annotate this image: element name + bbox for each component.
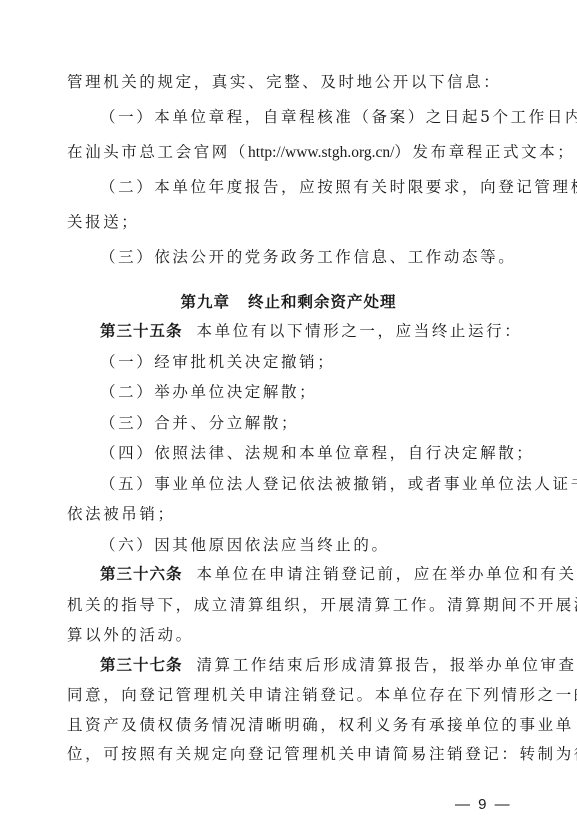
- list-item: （一）经审批机关决定撤销；: [100, 352, 519, 372]
- website-url: http://www.stgh.org.cn/: [248, 144, 394, 161]
- list-item-1: （一）本单位章程，自章程核准（备案）之日起5个工作日内: [100, 107, 519, 127]
- text-line: 算以外的活动。: [67, 625, 519, 645]
- list-item-3: （三）依法公开的党务政务工作信息、工作动态等。: [100, 247, 519, 267]
- article-text: 清算工作结束后形成清算报告，报举办单位审查: [197, 656, 577, 674]
- chapter-number: 第九章: [180, 293, 230, 311]
- text-segment: ）发布章程正式文本；: [394, 143, 575, 161]
- chapter-title: 终止和剩余资产处理: [248, 293, 397, 311]
- text-segment: 在汕头市总工会官网（: [67, 143, 248, 161]
- article-36: 第三十六条本单位在申请注销登记前，应在举办单位和有关: [100, 564, 519, 584]
- article-label: 第三十七条: [100, 656, 183, 674]
- article-label: 第三十五条: [100, 322, 183, 340]
- list-item: （四）依照法律、法规和本单位章程，自行决定解散；: [100, 443, 519, 463]
- text-line: 关报送；: [67, 212, 519, 232]
- list-item: （二）举办单位决定解散；: [100, 382, 519, 402]
- article-text: 本单位有以下情形之一，应当终止运行：: [197, 322, 523, 340]
- list-item: （六）因其他原因依法应当终止的。: [100, 535, 519, 555]
- text-line: 管理机关的规定，真实、完整、及时地公开以下信息：: [67, 72, 519, 92]
- article-35: 第三十五条本单位有以下情形之一，应当终止运行：: [100, 321, 519, 341]
- article-text: 本单位在申请注销登记前，应在举办单位和有关: [197, 565, 577, 583]
- text-line: 在汕头市总工会官网（http://www.stgh.org.cn/）发布章程正式…: [67, 142, 519, 163]
- list-item-continued: 依法被吊销；: [67, 504, 519, 524]
- text-line: 机关的指导下，成立清算组织，开展清算工作。清算期间不开展清: [67, 595, 519, 615]
- list-item: （五）事业单位法人登记依法被撤销，或者事业单位法人证书: [100, 474, 519, 494]
- article-label: 第三十六条: [100, 565, 183, 583]
- list-item-2: （二）本单位年度报告，应按照有关时限要求，向登记管理机: [100, 177, 519, 197]
- page-number: — 9 —: [455, 796, 512, 813]
- text-line: 且资产及债权债务情况清晰明确，权利义务有承接单位的事业单: [67, 715, 519, 735]
- list-item: （三）合并、分立解散；: [100, 413, 519, 433]
- text-line: 位，可按照有关规定向登记管理机关申请简易注销登记：转制为行: [67, 744, 519, 764]
- chapter-heading: 第九章终止和剩余资产处理: [0, 290, 577, 312]
- text-line: 同意，向登记管理机关申请注销登记。本单位存在下列情形之一的，: [67, 685, 519, 705]
- article-37: 第三十七条清算工作结束后形成清算报告，报举办单位审查: [100, 655, 519, 675]
